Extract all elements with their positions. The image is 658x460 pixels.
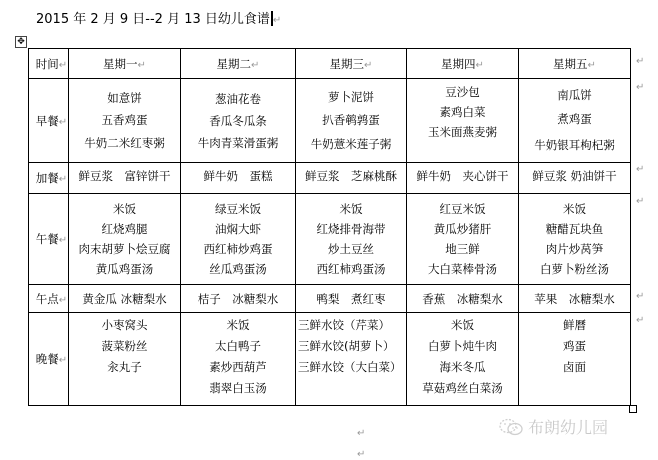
watermark: 布朗幼儿园 (498, 415, 608, 438)
time-header-label: 时间 (36, 57, 59, 71)
cell-mark: ↵ (138, 60, 146, 71)
dish: 小枣窝头 (69, 315, 180, 336)
dish: 红烧鸡腿 (69, 219, 180, 239)
row-end-mark: ↵ (636, 315, 644, 326)
dish: 三鲜水饺(胡萝卜） (298, 336, 406, 357)
paragraph-mark: ↵ (357, 428, 365, 439)
dish: 太白鸭子 (181, 336, 295, 357)
paragraph-mark: ↵ (273, 15, 281, 26)
table-resize-handle[interactable] (629, 405, 637, 413)
dish: 西红柿鸡蛋汤 (296, 259, 406, 279)
menu-cell[interactable]: 米饭 太白鸭子 素炒西葫芦 翡翠白玉汤 (181, 313, 296, 406)
menu-cell[interactable]: 鲜牛奶 夹心饼干 (407, 163, 519, 194)
menu-cell[interactable]: 红豆米饭 黄瓜炒猪肝 地三鲜 大白菜棒骨汤 (407, 194, 519, 285)
dish: 牛肉青菜滑蛋粥 (181, 132, 295, 154)
dish: 三鲜水饺（大白菜） (298, 357, 406, 378)
menu-cell[interactable]: 葱油花卷 香瓜冬瓜条 牛肉青菜滑蛋粥 (181, 79, 296, 163)
dish: 西红柿炒鸡蛋 (181, 239, 295, 259)
dish: 菠菜粉丝 (69, 336, 180, 357)
dish: 红豆米饭 (407, 199, 518, 219)
cell-mark: ↵ (364, 60, 372, 71)
dish: 地三鲜 (407, 239, 518, 259)
day-label: 星期五 (553, 57, 588, 71)
dish: 香瓜冬瓜条 (181, 110, 295, 132)
menu-cell[interactable]: 米饭 红烧鸡腿 肉末胡萝卜烩豆腐 黄瓜鸡蛋汤 (69, 194, 181, 285)
dish: 萝卜泥饼 (296, 86, 406, 108)
dish: 三鲜水饺（芹菜） (298, 315, 406, 336)
meal-label: 加餐 (36, 171, 59, 185)
cell-mark: ↵ (476, 60, 484, 71)
day-label: 星期四 (441, 57, 476, 71)
dish: 黄瓜炒猪肝 (407, 219, 518, 239)
menu-cell[interactable]: 米饭 糖醋瓦块鱼 肉片炒莴笋 白萝卜粉丝汤 (519, 194, 631, 285)
dish: 鲜曆 (519, 315, 630, 336)
header-row: 时间↵ 星期一↵ 星期二↵ 星期三↵ 星期四↵ 星期五↵ (29, 49, 631, 79)
dish: 绿豆米饭 (181, 199, 295, 219)
menu-cell[interactable]: 鲜曆 鸡蛋 卤面 (519, 313, 631, 406)
row-end-mark: ↵ (636, 56, 644, 67)
dish: 糖醋瓦块鱼 (519, 219, 630, 239)
dish: 葱油花卷 (181, 88, 295, 110)
dish: 牛奶二米红枣粥 (69, 131, 180, 155)
document-title[interactable]: 2015 年 2 月 9 日--2 月 13 日幼儿食谱↵ (36, 8, 281, 27)
dish: 玉米面燕麦粥 (407, 122, 518, 142)
dish: 扒香鹌鹑蛋 (296, 108, 406, 132)
row-end-mark: ↵ (636, 196, 644, 207)
menu-cell[interactable]: 鲜豆浆 芝麻桃酥 (296, 163, 407, 194)
dish: 牛奶银耳枸杞粥 (519, 132, 630, 158)
day-header-cell[interactable]: 星期一↵ (69, 49, 181, 79)
day-label: 星期一 (103, 57, 138, 71)
dish: 海米冬瓜 (407, 357, 518, 378)
menu-cell[interactable]: 鲜牛奶 蛋糕 (181, 163, 296, 194)
dish: 鲜牛奶 夹心饼干 (407, 166, 518, 186)
meal-label-cell[interactable]: 早餐↵ (29, 79, 69, 163)
dish: 肉末胡萝卜烩豆腐 (69, 239, 180, 259)
menu-cell[interactable]: 苹果 冰糖梨水 (519, 285, 631, 313)
meal-label: 午点 (36, 292, 59, 306)
dish: 黄瓜鸡蛋汤 (69, 259, 180, 279)
breakfast-row: 早餐↵ 如意饼 五香鸡蛋 牛奶二米红枣粥 葱油花卷 香瓜冬瓜条 牛肉青菜滑蛋粥 … (29, 79, 631, 163)
dish: 五香鸡蛋 (69, 109, 180, 131)
dish: 汆丸子 (69, 357, 180, 378)
dish: 丝瓜鸡蛋汤 (181, 259, 295, 279)
cell-mark: ↵ (251, 60, 259, 71)
dish: 豆沙包 (407, 82, 518, 102)
dish: 苹果 冰糖梨水 (519, 289, 630, 309)
meal-label: 午餐 (36, 232, 59, 246)
dish: 肉片炒莴笋 (519, 239, 630, 259)
day-header-cell[interactable]: 星期三↵ (296, 49, 407, 79)
dish: 红烧排骨海带 (296, 219, 406, 239)
dish: 香蕉 冰糖梨水 (407, 289, 518, 309)
paragraph-mark: ↵ (357, 449, 365, 460)
cell-mark: ↵ (59, 117, 67, 128)
dish: 煮鸡蛋 (519, 106, 630, 132)
dish: 白萝卜炖牛肉 (407, 336, 518, 357)
meal-label-cell[interactable]: 午餐↵ (29, 194, 69, 285)
cell-mark: ↵ (59, 355, 67, 366)
menu-cell[interactable]: 桔子 冰糖梨水 (181, 285, 296, 313)
meal-label-cell[interactable]: 午点↵ (29, 285, 69, 313)
day-label: 星期二 (217, 57, 252, 71)
cell-mark: ↵ (588, 60, 596, 71)
dish: 素炒西葫芦 (181, 357, 295, 378)
dish: 米饭 (407, 315, 518, 336)
menu-cell[interactable]: 如意饼 五香鸡蛋 牛奶二米红枣粥 (69, 79, 181, 163)
dish: 桔子 冰糖梨水 (181, 289, 295, 309)
meal-label-cell[interactable]: 晚餐↵ (29, 313, 69, 406)
meal-label: 晚餐 (36, 352, 59, 366)
menu-cell[interactable]: 小枣窝头 菠菜粉丝 汆丸子 (69, 313, 181, 406)
menu-cell[interactable]: 米饭 红烧排骨海带 炒土豆丝 西红柿鸡蛋汤 (296, 194, 407, 285)
dish: 白萝卜粉丝汤 (519, 259, 630, 279)
dish: 南瓜饼 (519, 84, 630, 106)
dish: 大白菜棒骨汤 (407, 259, 518, 279)
row-end-mark: ↵ (636, 291, 644, 302)
dish: 米饭 (69, 199, 180, 219)
dish: 炒土豆丝 (296, 239, 406, 259)
dish: 草菇鸡丝白菜汤 (407, 378, 518, 399)
afternoon-snack-row: 午点↵ 黄金瓜 冰糖梨水 桔子 冰糖梨水 鸭梨 煮红枣 香蕉 冰糖梨水 苹果 冰… (29, 285, 631, 313)
dish: 米饭 (519, 199, 630, 219)
watermark-text: 布朗幼儿园 (528, 415, 608, 438)
row-end-mark: ↵ (636, 82, 644, 93)
menu-table: 时间↵ 星期一↵ 星期二↵ 星期三↵ 星期四↵ 星期五↵ 早餐↵ 如意饼 五香鸡… (28, 48, 631, 406)
dish: 油焖大虾 (181, 219, 295, 239)
dish: 鲜牛奶 蛋糕 (181, 166, 295, 186)
menu-cell[interactable]: 三鲜水饺（芹菜） 三鲜水饺(胡萝卜） 三鲜水饺（大白菜） (296, 313, 407, 406)
meal-label: 早餐 (36, 114, 59, 128)
dinner-row: 晚餐↵ 小枣窝头 菠菜粉丝 汆丸子 米饭 太白鸭子 素炒西葫芦 翡翠白玉汤 三鲜… (29, 313, 631, 406)
dish: 鲜豆浆 芝麻桃酥 (296, 166, 406, 186)
meal-label-cell[interactable]: 加餐↵ (29, 163, 69, 194)
menu-cell[interactable]: 萝卜泥饼 扒香鹌鹑蛋 牛奶薏米莲子粥 (296, 79, 407, 163)
lunch-row: 午餐↵ 米饭 红烧鸡腿 肉末胡萝卜烩豆腐 黄瓜鸡蛋汤 绿豆米饭 油焖大虾 西红柿… (29, 194, 631, 285)
table-move-handle-icon[interactable]: ✥ (15, 36, 27, 48)
snack-row: 加餐↵ 鲜豆浆 富锌饼干 鲜牛奶 蛋糕 鲜豆浆 芝麻桃酥 鲜牛奶 夹心饼干 鲜豆… (29, 163, 631, 194)
cell-mark: ↵ (59, 174, 67, 185)
menu-cell[interactable]: 鸭梨 煮红枣 (296, 285, 407, 313)
dish: 鲜豆浆 奶油饼干 (519, 166, 630, 186)
dish: 鲜豆浆 富锌饼干 (69, 166, 180, 186)
dish: 黄金瓜 冰糖梨水 (69, 289, 180, 309)
menu-cell[interactable]: 鲜豆浆 奶油饼干 (519, 163, 631, 194)
dish: 鸡蛋 (519, 336, 630, 357)
cell-mark: ↵ (59, 235, 67, 246)
menu-cell[interactable]: 香蕉 冰糖梨水 (407, 285, 519, 313)
title-text: 2015 年 2 月 9 日--2 月 13 日幼儿食谱 (36, 12, 270, 27)
dish: 卤面 (519, 357, 630, 378)
dish: 素鸡白菜 (407, 102, 518, 122)
cell-mark: ↵ (59, 295, 67, 306)
menu-cell[interactable]: 鲜豆浆 富锌饼干 (69, 163, 181, 194)
dish: 翡翠白玉汤 (181, 378, 295, 399)
time-header-cell[interactable]: 时间↵ (29, 49, 69, 79)
day-label: 星期三 (330, 57, 365, 71)
row-end-mark: ↵ (636, 164, 644, 175)
menu-cell[interactable]: 绿豆米饭 油焖大虾 西红柿炒鸡蛋 丝瓜鸡蛋汤 (181, 194, 296, 285)
dish: 鸭梨 煮红枣 (296, 289, 406, 309)
menu-cell[interactable]: 米饭 白萝卜炖牛肉 海米冬瓜 草菇鸡丝白菜汤 (407, 313, 519, 406)
day-header-cell[interactable]: 星期二↵ (181, 49, 296, 79)
day-header-cell[interactable]: 星期四↵ (407, 49, 519, 79)
dish: 米饭 (181, 315, 295, 336)
menu-cell[interactable]: 南瓜饼 煮鸡蛋 牛奶银耳枸杞粥 (519, 79, 631, 163)
menu-cell[interactable]: 黄金瓜 冰糖梨水 (69, 285, 181, 313)
wechat-icon (498, 417, 524, 437)
day-header-cell[interactable]: 星期五↵ (519, 49, 631, 79)
dish: 如意饼 (69, 87, 180, 109)
dish: 米饭 (296, 199, 406, 219)
menu-cell[interactable]: 豆沙包 素鸡白菜 玉米面燕麦粥 (407, 79, 519, 163)
dish: 牛奶薏米莲子粥 (296, 132, 406, 156)
cell-mark: ↵ (59, 60, 67, 71)
